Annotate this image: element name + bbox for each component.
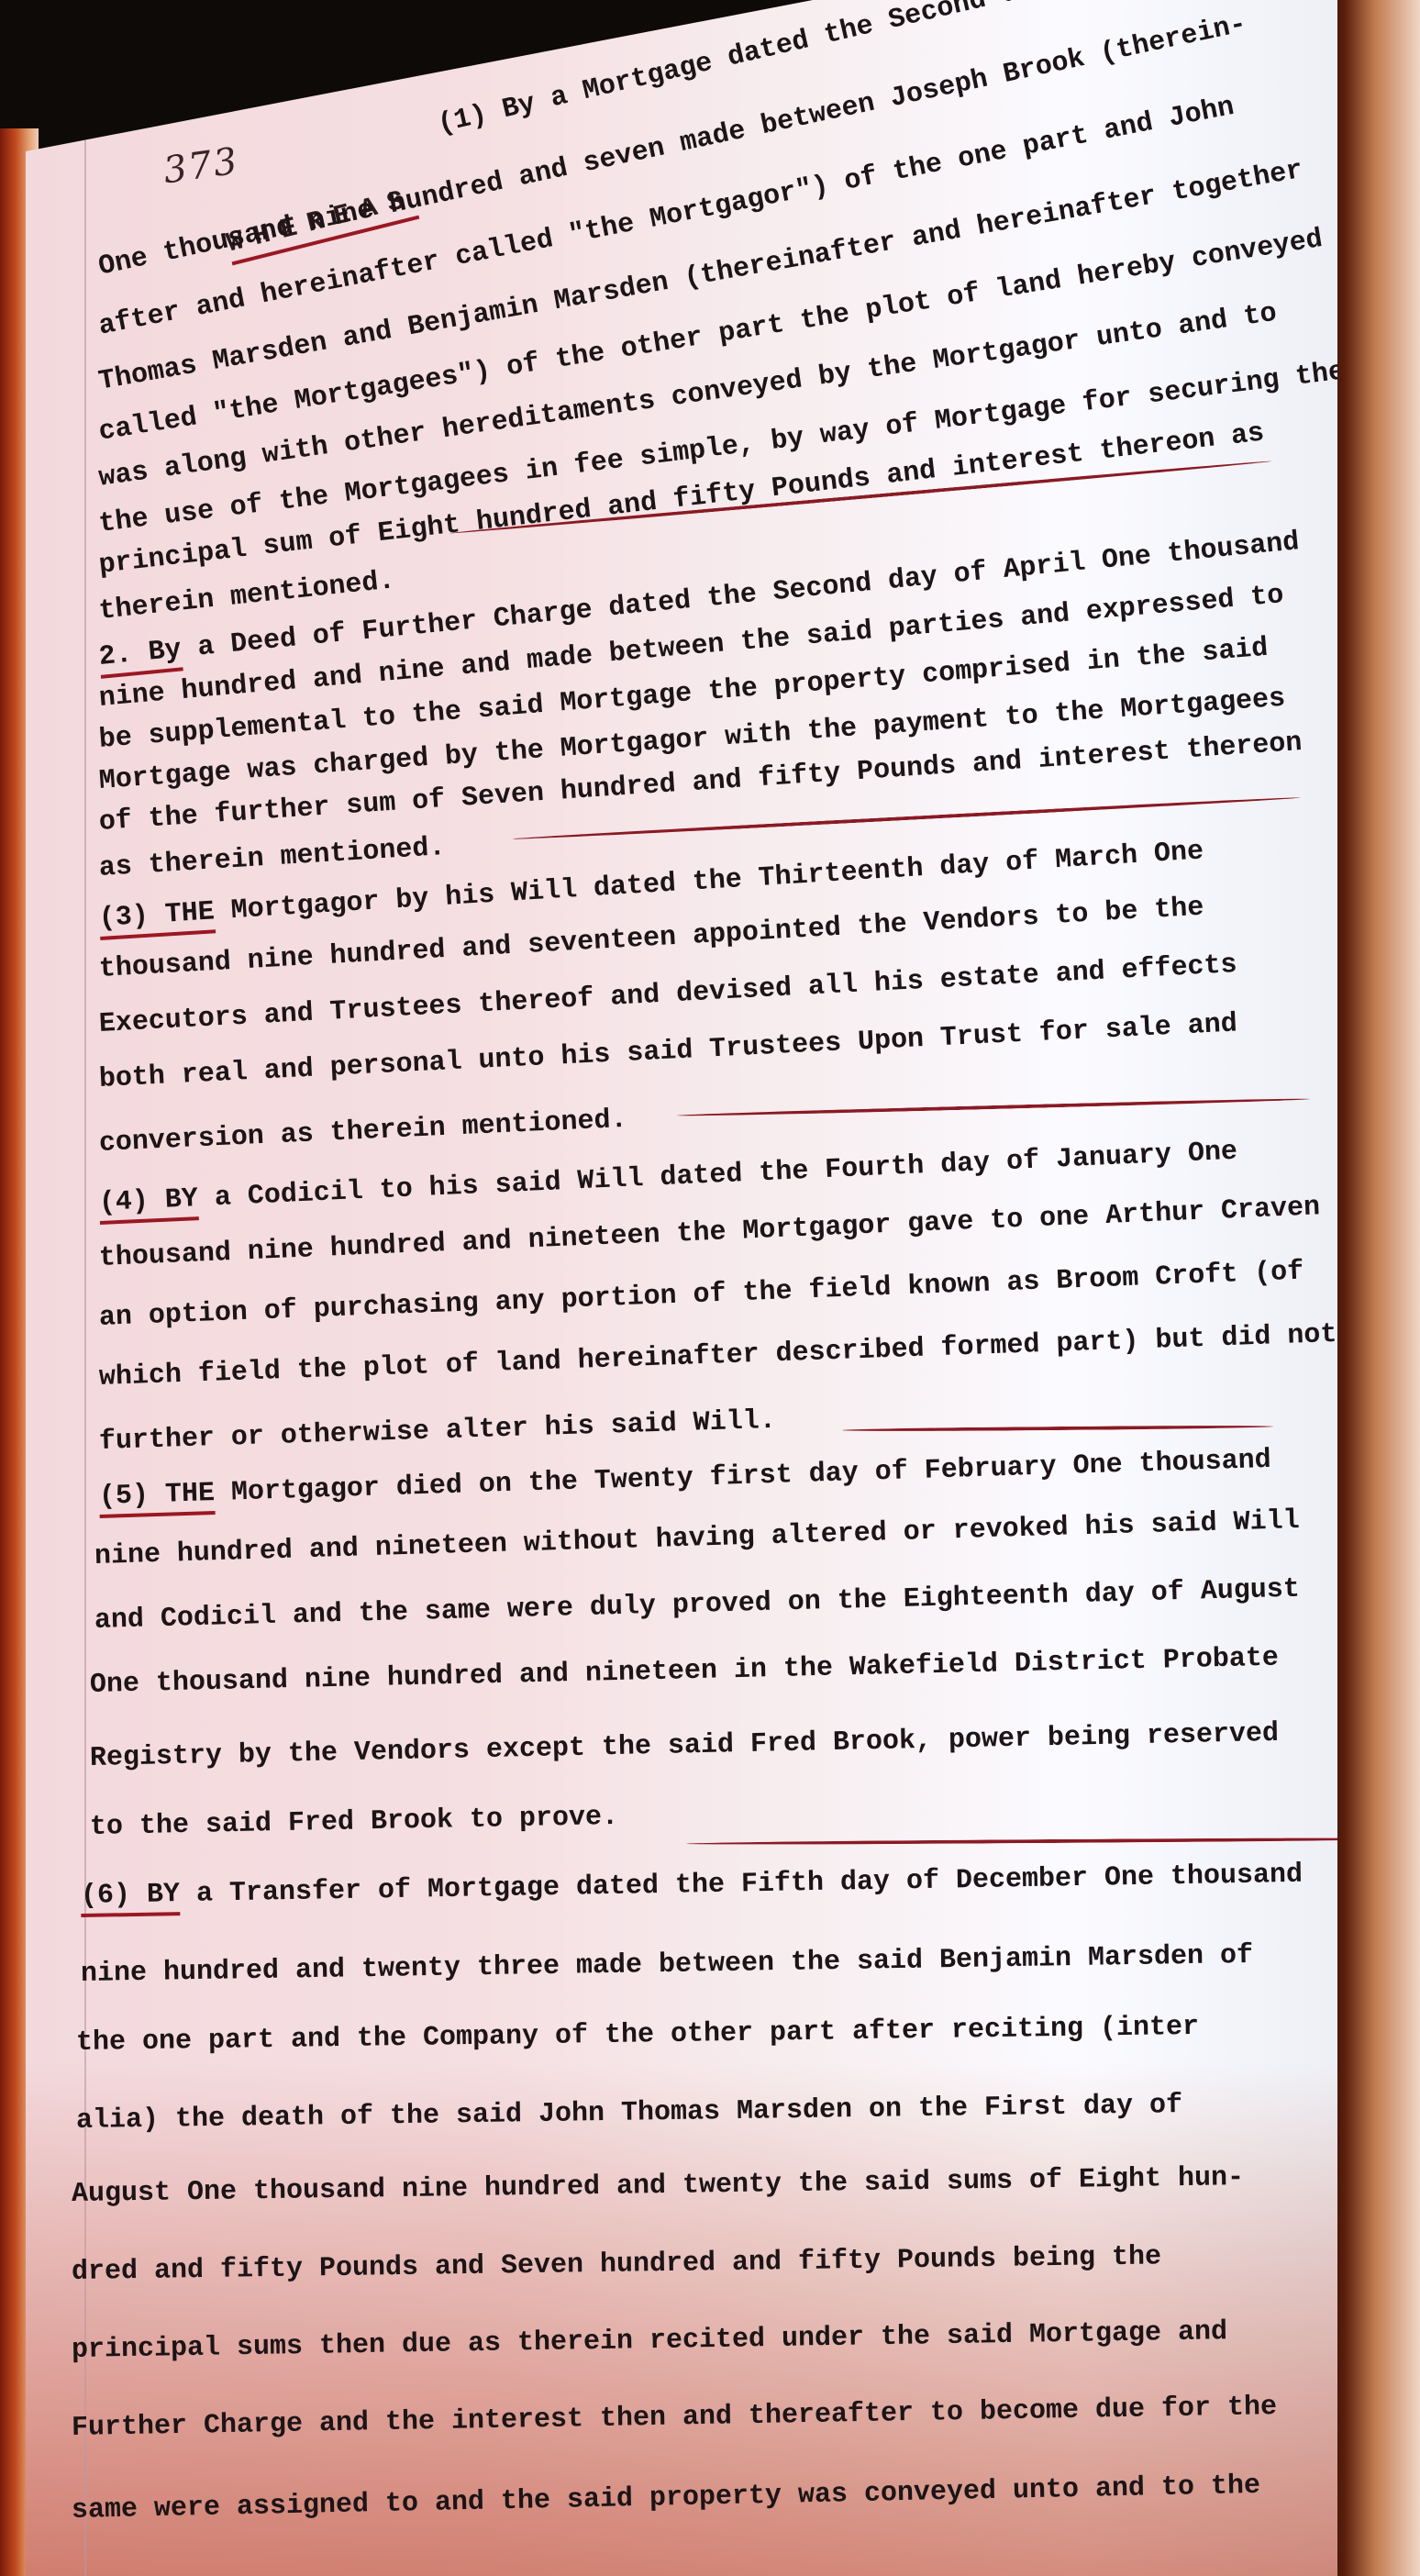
- end-of-paragraph-rule: [686, 1837, 1420, 1846]
- text-line: which field the plot of land hereinafter…: [98, 1319, 1337, 1393]
- clause-ref: 2. By: [97, 634, 183, 678]
- text-line: dred and fifty Pounds and Seven hundred …: [72, 2241, 1162, 2288]
- clause-ref: (5) THE: [98, 1478, 215, 1518]
- text-line: (6) BY a Transfer of Mortgage dated the …: [81, 1860, 1304, 1912]
- clause-ref: (6) BY: [81, 1879, 181, 1917]
- text-line: One thousand nine hundred and nineteen i…: [90, 1643, 1280, 1701]
- text-line: an option of purchasing any portion of t…: [98, 1257, 1304, 1334]
- page-margin-line: [72, 138, 86, 2576]
- text-line: the one part and the Company of the othe…: [76, 2012, 1200, 2059]
- text-line: Further Charge and the interest then and…: [72, 2392, 1278, 2444]
- end-of-paragraph-rule: [842, 1425, 1273, 1432]
- page-number: 373: [161, 139, 241, 192]
- text-line: as therein mentioned.: [98, 832, 446, 884]
- clause-ref: (3) THE: [98, 896, 216, 940]
- text-line: (5) THE Mortgagor died on the Twenty fir…: [98, 1445, 1271, 1513]
- text-line: further or otherwise alter his said Will…: [98, 1405, 776, 1458]
- text-line: to the said Fred Brook to prove.: [90, 1802, 619, 1843]
- text-line: nine hundred and nineteen without having…: [94, 1505, 1300, 1572]
- text-line: alia) the death of the said John Thomas …: [76, 2090, 1183, 2137]
- end-of-paragraph-rule: [677, 1097, 1310, 1117]
- text-line: principal sums then due as therein recit…: [72, 2316, 1228, 2366]
- text-line: same were assigned to and the said prope…: [72, 2471, 1261, 2526]
- text-line: Registry by the Vendors except the said …: [90, 1718, 1280, 1774]
- text-line: August One thousand nine hundred and twe…: [72, 2162, 1245, 2210]
- text-line: nine hundred and twenty three made betwe…: [81, 1940, 1254, 1990]
- text-line: and Codicil and the same were duly prove…: [94, 1574, 1301, 1637]
- clause-ref: (4) BY: [98, 1183, 199, 1225]
- text-line: conversion as therein mentioned.: [98, 1105, 627, 1160]
- document-page: 373 WHEREAS (1) By a Mortgage dated the …: [26, 0, 1337, 2576]
